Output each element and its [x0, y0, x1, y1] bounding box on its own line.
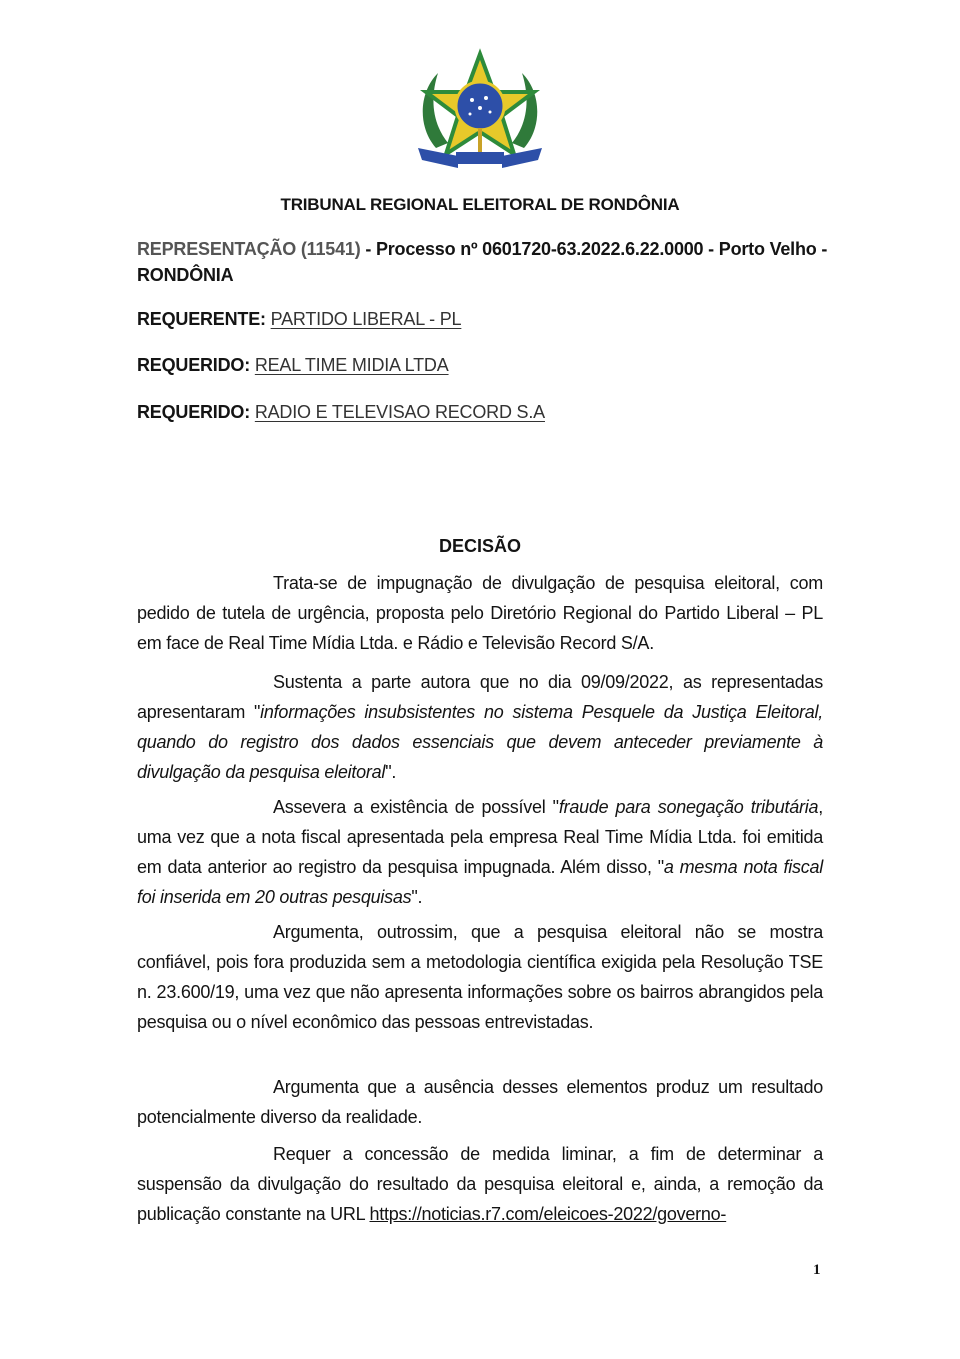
paragraph: Trata-se de impugnação de divulgação de … — [137, 568, 823, 658]
paragraph: Argumenta, outrossim, que a pesquisa ele… — [137, 917, 823, 1037]
process-class: REPRESENTAÇÃO (11541) — [137, 239, 361, 259]
party-label: REQUERIDO: — [137, 355, 250, 375]
party-link[interactable]: RADIO E TELEVISAO RECORD S.A — [255, 402, 545, 422]
party-defendant-2: REQUERIDO: RADIO E TELEVISAO RECORD S.A — [137, 402, 545, 423]
party-plaintiff: REQUERENTE: PARTIDO LIBERAL - PL — [137, 309, 461, 330]
party-label: REQUERENTE: — [137, 309, 266, 329]
party-label: REQUERIDO: — [137, 402, 250, 422]
url-link[interactable]: https://noticias.r7.com/eleicoes-2022/go… — [369, 1204, 726, 1224]
court-name: TRIBUNAL REGIONAL ELEITORAL DE RONDÔNIA — [0, 195, 960, 215]
decision-heading: DECISÃO — [0, 536, 960, 557]
party-defendant-1: REQUERIDO: REAL TIME MIDIA LTDA — [137, 355, 449, 376]
brazil-coat-of-arms-icon — [408, 48, 552, 176]
paragraph: Sustenta a parte autora que no dia 09/09… — [137, 667, 823, 787]
process-header: REPRESENTAÇÃO (11541) - Processo nº 0601… — [137, 236, 837, 288]
page-number: 1 — [813, 1262, 821, 1279]
paragraph: Argumenta que a ausência desses elemento… — [137, 1072, 823, 1132]
paragraph: Requer a concessão de medida liminar, a … — [137, 1139, 823, 1229]
party-link[interactable]: REAL TIME MIDIA LTDA — [255, 355, 449, 375]
paragraph: Assevera a existência de possível "fraud… — [137, 792, 823, 912]
party-link[interactable]: PARTIDO LIBERAL - PL — [271, 309, 462, 329]
